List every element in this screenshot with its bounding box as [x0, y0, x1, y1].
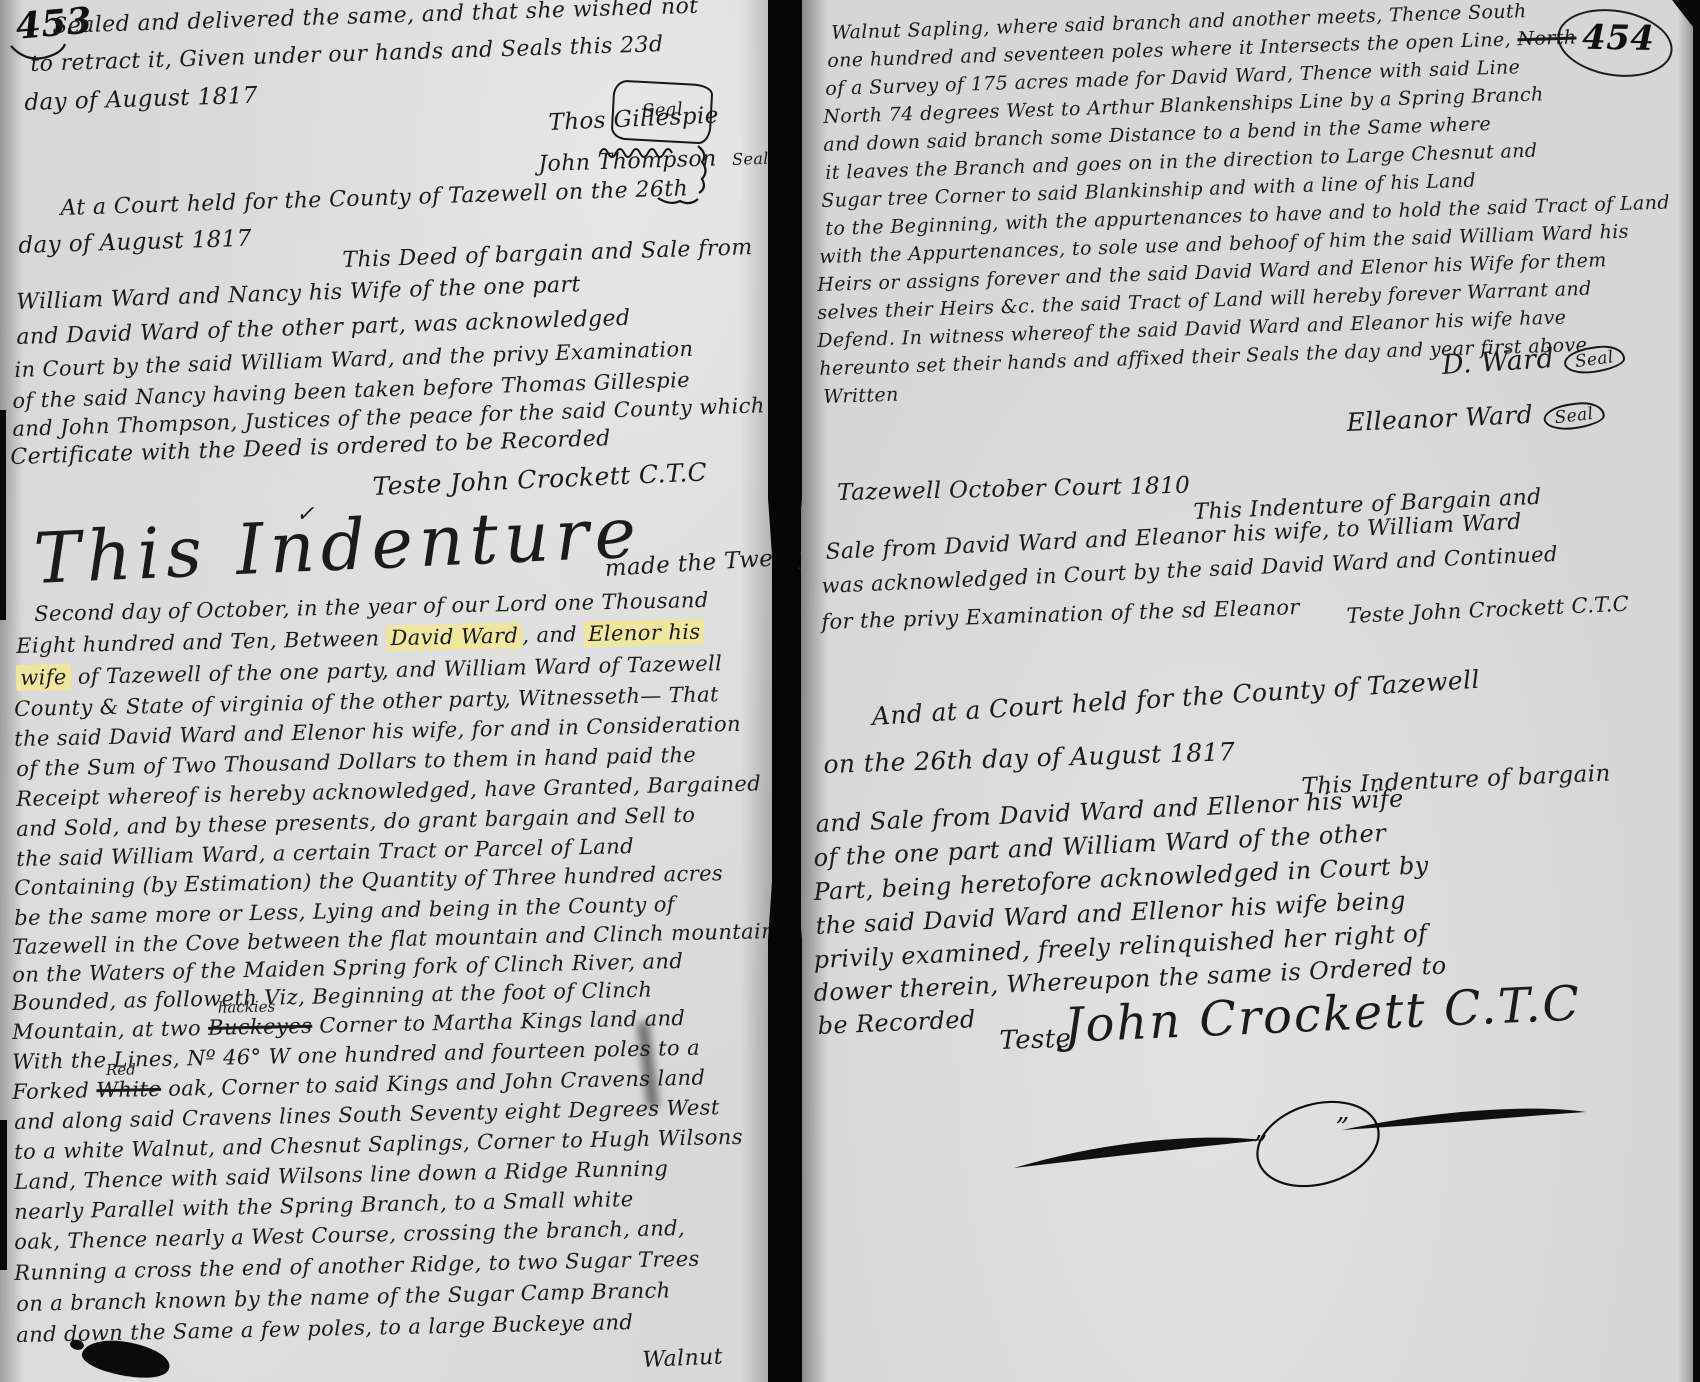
teste-label: Teste: [999, 1024, 1072, 1056]
signature-flourish-icon: „ „: [1006, 1072, 1596, 1202]
highlight: Elenor his: [584, 619, 705, 648]
manuscript-line: And at a Court held for the County of Ta…: [871, 665, 1481, 731]
large-heading: This Indenture: [32, 491, 643, 599]
seal-outline-icon: Seal: [610, 79, 713, 144]
corner-mark: [1672, 0, 1700, 36]
svg-text:„: „: [1336, 1097, 1349, 1127]
manuscript-line: for the privy Examination of the sd Elea…: [821, 595, 1300, 634]
highlight: wife: [16, 664, 71, 691]
strike-word: North: [1517, 26, 1577, 50]
highlight: David Ward: [386, 622, 522, 651]
manuscript-line: At a Court held for the County of Tazewe…: [60, 176, 688, 221]
manuscript-line: William Ward and Nancy his Wife of the o…: [16, 272, 581, 315]
interline-word: Red: [106, 1060, 136, 1079]
ink-smudge: [637, 1022, 659, 1109]
line-text: Corner to Martha Kings land and: [312, 1006, 685, 1038]
line-text: Eight hundred and Ten, Between: [16, 626, 387, 658]
strike-word: Buckeyes: [208, 1014, 313, 1040]
corrected-word: hackiesBuckeyes: [208, 1014, 313, 1040]
signature-name-text: D. Ward: [1441, 343, 1555, 381]
edge-shadow: [0, 1120, 7, 1270]
deed-page-453: 453 Sealed and delivered the same, and t…: [0, 0, 772, 1382]
book-gutter: [768, 0, 802, 1382]
deed-page-454: 454 Walnut Sapling, where said branch an…: [801, 0, 1700, 1382]
line-text: Mountain, at two: [12, 1016, 208, 1044]
seal-label: Seal: [1542, 400, 1605, 433]
manuscript-line: day of August 1817: [18, 226, 252, 259]
manuscript-line: to retract it, Given under our hands and…: [30, 32, 664, 77]
edge-shadow: [0, 410, 6, 620]
manuscript-line: Tazewell October Court 1810: [837, 473, 1190, 506]
teste-line: Teste John Crockett C.T.C: [1346, 592, 1630, 628]
edge-shadow: [1693, 0, 1700, 1382]
catchword: Walnut: [642, 1344, 723, 1372]
seal-label: Seal: [642, 98, 684, 121]
interline-word: hackies: [218, 997, 276, 1016]
page-number: 454: [1582, 18, 1655, 59]
manuscript-line: Eight hundred and Ten, Between David War…: [16, 620, 705, 658]
teste-line: Teste John Crockett C.T.C: [372, 457, 708, 501]
strike-word: White: [96, 1077, 161, 1102]
line-text: oak, Corner to said Kings and John Crave…: [161, 1065, 706, 1100]
signature-name: Elleanor WardSeal: [1346, 397, 1605, 439]
signature-name-text: Elleanor Ward: [1346, 400, 1534, 437]
svg-text:„: „: [1254, 1115, 1267, 1145]
line-text: Forked: [12, 1078, 97, 1104]
manuscript-line: Written: [823, 384, 899, 408]
manuscript-line: on the 26th day of August 1817: [823, 737, 1236, 779]
seal-label: Seal: [732, 149, 769, 169]
manuscript-line: be Recorded: [817, 1005, 976, 1040]
line-text: , and: [522, 622, 584, 647]
seal-label: Seal: [1563, 343, 1627, 377]
corrected-word: RedWhite: [96, 1077, 161, 1102]
inline-heading: This Deed of bargain and Sale from: [342, 235, 753, 273]
scanned-deed-book-spread: 453 Sealed and delivered the same, and t…: [0, 0, 1700, 1382]
manuscript-line: day of August 1817: [24, 83, 258, 116]
